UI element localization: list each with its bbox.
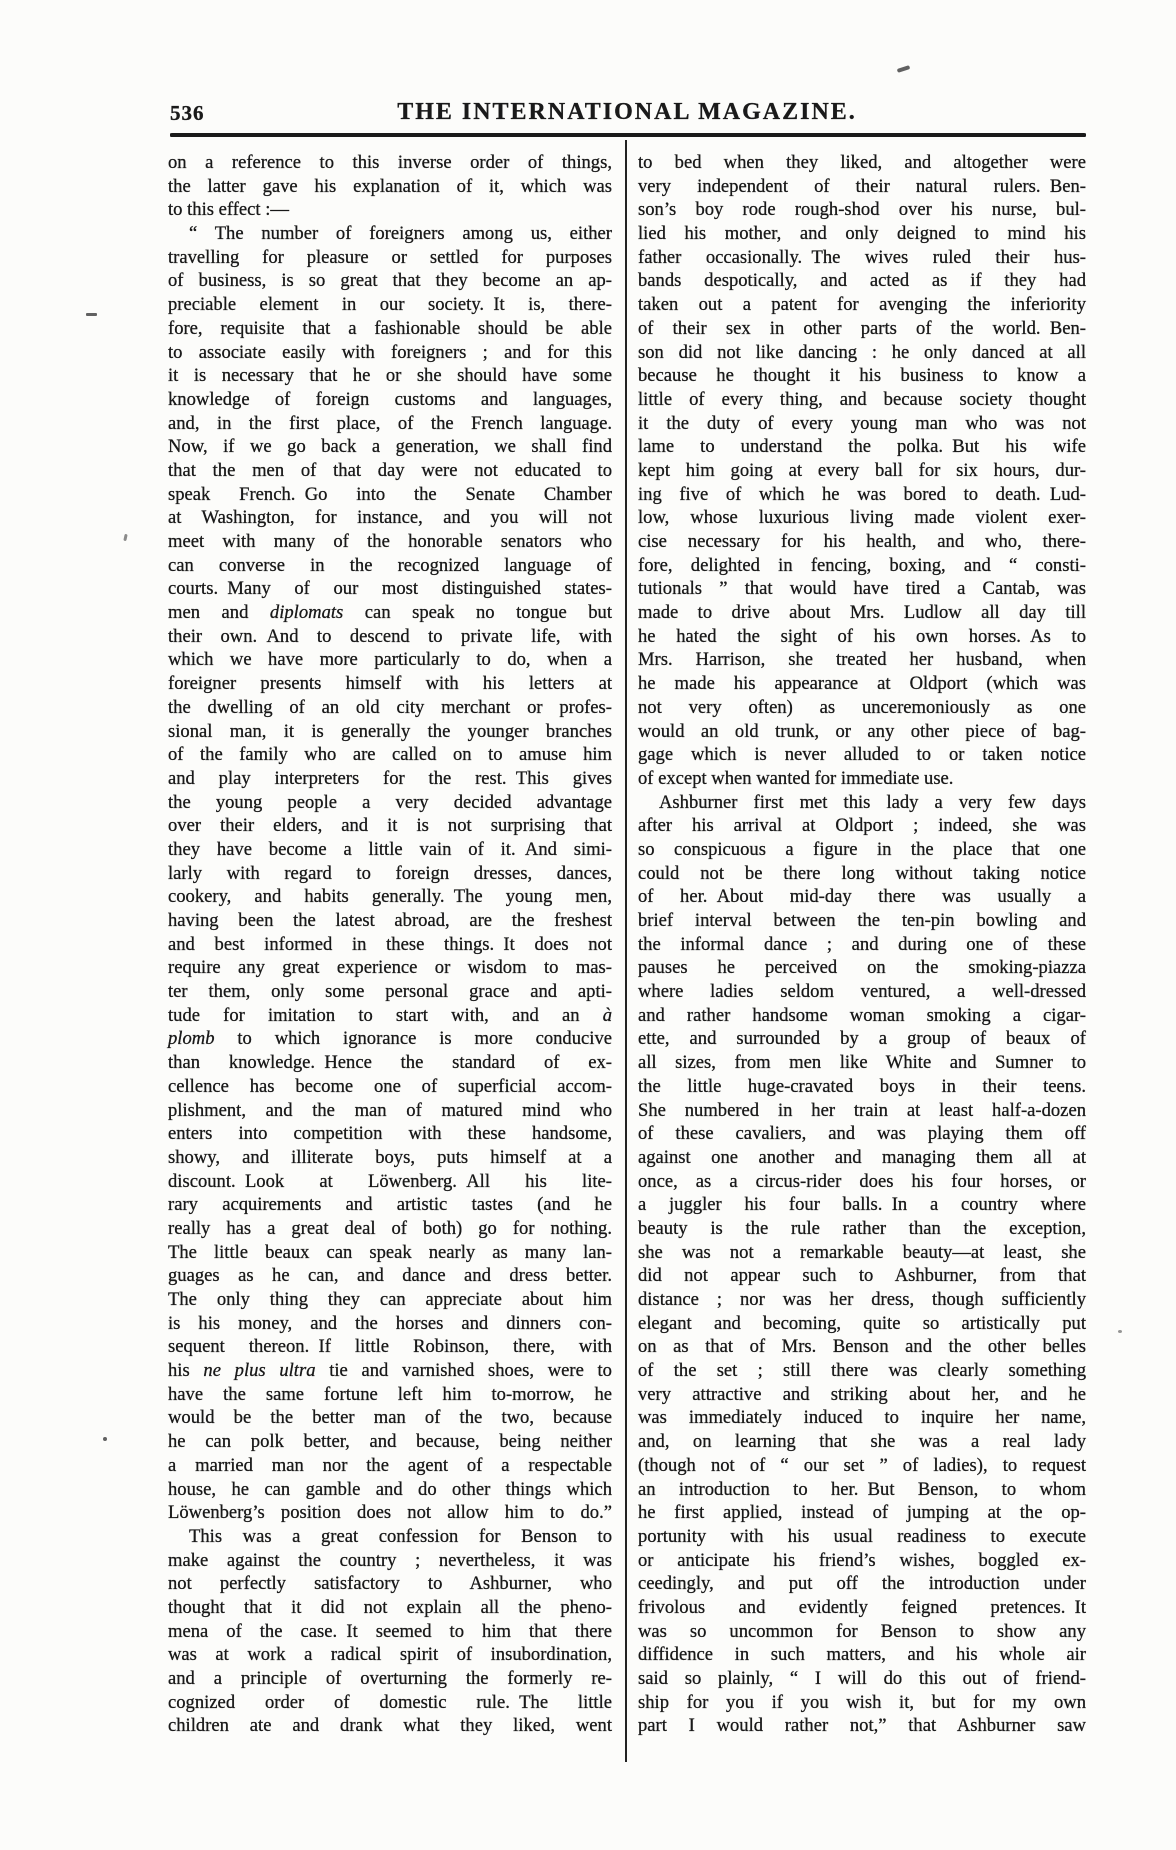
- text-line: on as that of Mrs. Benson and the other …: [638, 1335, 1086, 1359]
- text-line: is his money, and the horses and dinners…: [168, 1312, 612, 1336]
- text-line: of business, is so great that they becom…: [168, 269, 612, 293]
- text-line: sional man, it is generally the younger …: [168, 720, 612, 744]
- text-line: brief interval between the ten-pin bowli…: [638, 909, 1086, 933]
- text-line: frivolous and evidently feigned pretence…: [638, 1596, 1086, 1620]
- text-line: and a principle of overturning the forme…: [168, 1667, 612, 1691]
- text-line: the latter gave his explanation of it, w…: [168, 175, 612, 199]
- text-line: Ashburner first met this lady a very few…: [638, 791, 1086, 815]
- text-line: The little beaux can speak nearly as man…: [168, 1241, 612, 1265]
- text-line: of the set ; still there was clearly som…: [638, 1359, 1086, 1383]
- text-line: Löwenberg’s position does not allow him …: [168, 1501, 612, 1525]
- text-line: diffidence in such matters, and his whol…: [638, 1643, 1086, 1667]
- text-line: not very often) as unceremoniously as on…: [638, 696, 1086, 720]
- scan-speck: [1118, 1330, 1122, 1333]
- scan-speck: [897, 65, 911, 73]
- text-line: larly with regard to foreign dresses, da…: [168, 862, 612, 886]
- text-line: (though not of “ our set ” of ladies), t…: [638, 1454, 1086, 1478]
- text-line: very attractive and striking about her, …: [638, 1383, 1086, 1407]
- text-line: require any great experience or wisdom t…: [168, 956, 612, 980]
- text-line: plishment, and the man of matured mind w…: [168, 1099, 612, 1123]
- text-line: have the same fortune left him to-morrow…: [168, 1383, 612, 1407]
- text-line: would be the better man of the two, beca…: [168, 1406, 612, 1430]
- text-line: which we have more particularly to do, w…: [168, 648, 612, 672]
- text-line: and best informed in these things. It do…: [168, 933, 612, 957]
- text-line: she was not a remarkable beauty—at least…: [638, 1241, 1086, 1265]
- text-line: the dwelling of an old city merchant or …: [168, 696, 612, 720]
- text-line: can converse in the recognized language …: [168, 554, 612, 578]
- text-line: kept him going at every ball for six hou…: [638, 459, 1086, 483]
- text-line: foreigner presents himself with his lett…: [168, 672, 612, 696]
- text-line: very independent of their natural rulers…: [638, 175, 1086, 199]
- text-line: could not be there long without taking n…: [638, 862, 1086, 886]
- left-column: on a reference to this inverse order of …: [168, 151, 612, 1738]
- text-line: sequent thereon. If little Robinson, the…: [168, 1335, 612, 1359]
- text-line: discount. Look at Löwenberg. All his lit…: [168, 1170, 612, 1194]
- text-line: after his arrival at Oldport ; indeed, s…: [638, 814, 1086, 838]
- text-line: over their elders, and it is not surpris…: [168, 814, 612, 838]
- text-line: plomb to which ignorance is more conduci…: [168, 1027, 612, 1051]
- text-line: of her. About mid-day there was usually …: [638, 885, 1086, 909]
- text-line: fore, delighted in fencing, boxing, and …: [638, 554, 1086, 578]
- text-line: of these cavaliers, and was playing them…: [638, 1122, 1086, 1146]
- text-line: and, on learning that she was a real lad…: [638, 1430, 1086, 1454]
- text-line: they have become a little vain of it. An…: [168, 838, 612, 862]
- text-line: gage which is never alluded to or taken …: [638, 743, 1086, 767]
- text-line: the informal dance ; and during one of t…: [638, 933, 1086, 957]
- text-line: father occasionally. The wives ruled the…: [638, 246, 1086, 270]
- text-line: ceedingly, and put off the introduction …: [638, 1572, 1086, 1596]
- text-line: beauty is the rule rather than the excep…: [638, 1217, 1086, 1241]
- text-line: ette, and surrounded by a group of beaux…: [638, 1027, 1086, 1051]
- text-line: made to drive about Mrs. Ludlow all day …: [638, 601, 1086, 625]
- text-line: “ The number of foreigners among us, eit…: [168, 222, 612, 246]
- scan-speck: [86, 313, 97, 316]
- text-line: because he thought it his business to kn…: [638, 364, 1086, 388]
- text-line: thought that it did not explain all the …: [168, 1596, 612, 1620]
- text-line: travelling for pleasure or settled for p…: [168, 246, 612, 270]
- text-line: portunity with his usual readiness to ex…: [638, 1525, 1086, 1549]
- text-line: said so plainly, “ I will do this out of…: [638, 1667, 1086, 1691]
- text-line: pauses he perceived on the smoking-piazz…: [638, 956, 1086, 980]
- text-line: cellence has become one of superficial a…: [168, 1075, 612, 1099]
- text-line: was immediately induced to inquire her n…: [638, 1406, 1086, 1430]
- text-line: fore, requisite that a fashionable shoul…: [168, 317, 612, 341]
- text-line: rary acquirements and artistic tastes (a…: [168, 1193, 612, 1217]
- text-line: cise necessary for his health, and who, …: [638, 530, 1086, 554]
- text-line: it is necessary that he or she should ha…: [168, 364, 612, 388]
- scan-speck: [123, 534, 127, 541]
- text-line: was at work a radical spirit of insubord…: [168, 1643, 612, 1667]
- text-line: having been the latest abroad, are the f…: [168, 909, 612, 933]
- text-line: he hated the sight of his own horses. As…: [638, 625, 1086, 649]
- text-line: cookery, and habits generally. The young…: [168, 885, 612, 909]
- text-line: and, in the first place, of the French l…: [168, 412, 612, 436]
- text-line: showy, and illiterate boys, puts himself…: [168, 1146, 612, 1170]
- text-line: of their sex in other parts of the world…: [638, 317, 1086, 341]
- text-line: preciable element in our society. It is,…: [168, 293, 612, 317]
- text-line: children ate and drank what they liked, …: [168, 1714, 612, 1738]
- text-line: ship for you if you wish it, but for my …: [638, 1691, 1086, 1715]
- text-line: of except when wanted for immediate use.: [638, 767, 1086, 791]
- text-line: their own. And to descend to private lif…: [168, 625, 612, 649]
- text-line: it the duty of every young man who was n…: [638, 412, 1086, 436]
- text-line: where ladies seldom ventured, a well-dre…: [638, 980, 1086, 1004]
- text-line: against one another and managing them al…: [638, 1146, 1086, 1170]
- text-line: make against the country ; nevertheless,…: [168, 1549, 612, 1573]
- text-line: his ne plus ultra tie and varnished shoe…: [168, 1359, 612, 1383]
- text-line: little of every thing, and because socie…: [638, 388, 1086, 412]
- text-line: elegant and becoming, quite so artistica…: [638, 1312, 1086, 1336]
- text-line: an introduction to her. But Benson, to w…: [638, 1478, 1086, 1502]
- text-line: a married man nor the agent of a respect…: [168, 1454, 612, 1478]
- header-rule: [170, 133, 1086, 137]
- text-line: part I would rather not,” that Ashburner…: [638, 1714, 1086, 1738]
- text-line: he first applied, instead of jumping at …: [638, 1501, 1086, 1525]
- text-line: lame to understand the polka. But his wi…: [638, 435, 1086, 459]
- text-line: really has a great deal of both) go for …: [168, 1217, 612, 1241]
- text-line: son’s boy rode rough-shod over his nurse…: [638, 198, 1086, 222]
- text-line: This was a great confession for Benson t…: [168, 1525, 612, 1549]
- text-line: to associate easily with foreigners ; an…: [168, 341, 612, 365]
- text-line: guages as he can, and dance and dress be…: [168, 1264, 612, 1288]
- text-line: all sizes, from men like White and Sumne…: [638, 1051, 1086, 1075]
- text-line: so conspicuous a figure in the place tha…: [638, 838, 1086, 862]
- text-line: he can polk better, and because, being n…: [168, 1430, 612, 1454]
- text-line: house, he can gamble and do other things…: [168, 1478, 612, 1502]
- text-line: tude for imitation to start with, and an…: [168, 1004, 612, 1028]
- magazine-page: 536 THE INTERNATIONAL MAGAZINE. on a ref…: [0, 0, 1176, 1850]
- text-line: Now, if we go back a generation, we shal…: [168, 435, 612, 459]
- text-line: and rather handsome woman smoking a ciga…: [638, 1004, 1086, 1028]
- text-line: ter them, only some personal grace and a…: [168, 980, 612, 1004]
- text-line: The only thing they can appreciate about…: [168, 1288, 612, 1312]
- text-line: She numbered in her train at least half-…: [638, 1099, 1086, 1123]
- text-line: knowledge of foreign customs and languag…: [168, 388, 612, 412]
- text-line: distance ; nor was her dress, though suf…: [638, 1288, 1086, 1312]
- text-line: once, as a circus-rider does his four ho…: [638, 1170, 1086, 1194]
- text-line: courts. Many of our most distinguished s…: [168, 577, 612, 601]
- text-line: the little huge-cravated boys in their t…: [638, 1075, 1086, 1099]
- text-line: and play interpreters for the rest. This…: [168, 767, 612, 791]
- text-line: low, whose luxurious living made violent…: [638, 506, 1086, 530]
- text-line: men and diplomats can speak no tongue bu…: [168, 601, 612, 625]
- text-line: ing five of which he was bored to death.…: [638, 483, 1086, 507]
- text-line: not perfectly satisfactory to Ashburner,…: [168, 1572, 612, 1596]
- text-line: would an old trunk, or any other piece o…: [638, 720, 1086, 744]
- text-line: than knowledge. Hence the standard of ex…: [168, 1051, 612, 1075]
- text-line: at Washington, for instance, and you wil…: [168, 506, 612, 530]
- text-line: to this effect :—: [168, 198, 612, 222]
- text-line: bands despotically, and acted as if they…: [638, 269, 1086, 293]
- text-line: son did not like dancing : he only dance…: [638, 341, 1086, 365]
- scan-speck: [103, 1437, 107, 1441]
- text-line: Mrs. Harrison, she treated her husband, …: [638, 648, 1086, 672]
- right-column: to bed when they liked, and altogether w…: [638, 151, 1086, 1738]
- text-line: meet with many of the honorable senators…: [168, 530, 612, 554]
- text-line: cognized order of domestic rule. The lit…: [168, 1691, 612, 1715]
- text-line: did not appear such to Ashburner, from t…: [638, 1264, 1086, 1288]
- text-line: speak French. Go into the Senate Chamber: [168, 483, 612, 507]
- text-line: on a reference to this inverse order of …: [168, 151, 612, 175]
- column-divider: [625, 140, 627, 1762]
- text-line: taken out a patent for avenging the infe…: [638, 293, 1086, 317]
- text-line: to bed when they liked, and altogether w…: [638, 151, 1086, 175]
- text-line: a juggler his four balls. In a country w…: [638, 1193, 1086, 1217]
- text-line: of the family who are called on to amuse…: [168, 743, 612, 767]
- text-line: enters into competition with these hands…: [168, 1122, 612, 1146]
- text-line: the young people a very decided advantag…: [168, 791, 612, 815]
- text-line: mena of the case. It seemed to him that …: [168, 1620, 612, 1644]
- magazine-title: THE INTERNATIONAL MAGAZINE.: [168, 99, 1086, 126]
- text-line: he made his appearance at Oldport (which…: [638, 672, 1086, 696]
- text-line: tutionals ” that would have tired a Cant…: [638, 577, 1086, 601]
- text-line: was so uncommon for Benson to show any: [638, 1620, 1086, 1644]
- text-line: that the men of that day were not educat…: [168, 459, 612, 483]
- text-line: or anticipate his friend’s wishes, boggl…: [638, 1549, 1086, 1573]
- text-line: lied his mother, and only deigned to min…: [638, 222, 1086, 246]
